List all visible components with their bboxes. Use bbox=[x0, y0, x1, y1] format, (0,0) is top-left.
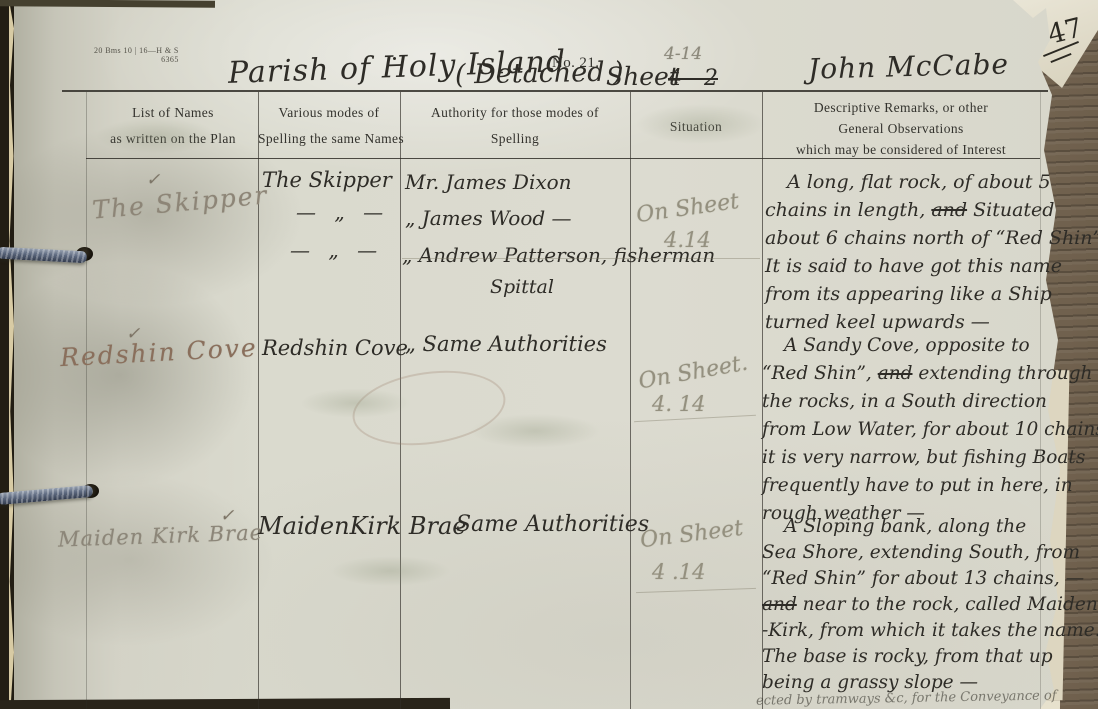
remarks-line: “Red Shin” for about 13 chains, — bbox=[762, 566, 1098, 592]
remarks-line: The base is rocky, from that up bbox=[762, 644, 1098, 670]
row3-remarks: A Sloping bank, along the Sea Shore, ext… bbox=[762, 514, 1098, 696]
sheet-number-struck: 4—2 bbox=[668, 66, 718, 91]
remarks-line: -Kirk, from which it takes the name. bbox=[762, 618, 1098, 644]
remarks-line: from its appearing like a Ship bbox=[765, 280, 1098, 308]
form-reference-line2: 6365 bbox=[94, 55, 179, 64]
row1-remarks: A long, flat rock, of about 5 chains in … bbox=[765, 168, 1098, 336]
remarks-line: from Low Water, for about 10 chains bbox=[762, 416, 1098, 444]
remarks-line: frequently have to put in here, in bbox=[762, 472, 1098, 500]
row3-situation-line2: 4 .14 bbox=[652, 560, 705, 584]
row2-spelling-1: Redshin Cove bbox=[262, 336, 408, 360]
remarks-line: it is very narrow, but fishing Boats bbox=[762, 444, 1098, 472]
row1-spelling-1: The Skipper bbox=[262, 168, 392, 192]
table-border-left bbox=[86, 92, 87, 709]
row1-spelling-ditto-2: — „ — bbox=[290, 238, 383, 262]
notebook-photo: 47 20 Bms 10 | 16—H & S 6365 No. 21. Par… bbox=[0, 0, 1098, 709]
row1-pencil-guideline bbox=[402, 258, 760, 259]
bleedthrough-smudge bbox=[330, 556, 450, 586]
remarks-line: “Red Shin”, and extending through bbox=[762, 360, 1098, 388]
bleedthrough-smudge bbox=[470, 414, 600, 448]
row2-remarks: A Sandy Cove, opposite to “Red Shin”, an… bbox=[762, 332, 1098, 528]
remarks-line: A Sandy Cove, opposite to bbox=[762, 332, 1098, 360]
col-header-remarks-line2: General Observations bbox=[762, 118, 1040, 139]
remarks-line: A Sloping bank, along the bbox=[762, 514, 1098, 540]
remarks-line: chains in length, and Situated bbox=[765, 196, 1098, 224]
header-rule bbox=[62, 90, 1048, 92]
col-header-spelling-line2: Spelling the same Names bbox=[258, 126, 400, 152]
bleedthrough-smudge bbox=[96, 118, 216, 154]
remarks-line: Sea Shore, extending South, from bbox=[762, 540, 1098, 566]
row3-authority-1: Same Authorities bbox=[456, 512, 649, 537]
sheet-number-pencil: 4-14 bbox=[664, 44, 702, 64]
remarks-line: A long, flat rock, of about 5 bbox=[765, 168, 1098, 196]
col-header-authority-line2: Spelling bbox=[400, 126, 630, 152]
form-reference-line1: 20 Bms 10 | 16—H & S bbox=[94, 46, 179, 55]
row1-check-mark: ✓ bbox=[146, 170, 160, 190]
col-header-spelling: Various modes of Spelling the same Names bbox=[258, 100, 400, 152]
row1-authority-2: „ James Wood — bbox=[405, 206, 572, 230]
row3-spelling-1: MaidenKirk Brae bbox=[258, 512, 466, 540]
row2-authority-1: „ Same Authorities bbox=[405, 332, 607, 356]
remarks-line: the rocks, in a South direction bbox=[762, 388, 1098, 416]
bleedthrough-smudge bbox=[636, 104, 766, 144]
row1-situation-line2: 4.14 bbox=[664, 228, 711, 252]
remarks-line: It is said to have got this name bbox=[765, 252, 1098, 280]
remarks-line: and near to the rock, called Maiden bbox=[762, 592, 1098, 618]
ink-speck bbox=[393, 57, 396, 60]
col-header-authority-line1: Authority for those modes of bbox=[400, 100, 630, 126]
surveyor-signature: John McCabe bbox=[808, 47, 1010, 85]
form-reference: 20 Bms 10 | 16—H & S 6365 bbox=[94, 46, 179, 64]
row1-spelling-ditto-1: — „ — bbox=[296, 200, 389, 224]
column-line-3 bbox=[630, 92, 631, 709]
col-header-authority: Authority for those modes of Spelling bbox=[400, 100, 630, 152]
col-header-remarks: Descriptive Remarks, or other General Ob… bbox=[762, 97, 1040, 160]
detached-script: ( Detached ) bbox=[455, 57, 624, 91]
bleedthrough-smudge bbox=[300, 388, 410, 418]
col-header-remarks-line3: which may be considered of Interest bbox=[762, 139, 1040, 160]
col-header-remarks-line1: Descriptive Remarks, or other bbox=[762, 97, 1040, 118]
row1-authority-1: Mr. James Dixon bbox=[405, 170, 572, 194]
row1-authority-4: Spittal bbox=[490, 276, 554, 298]
bottom-left-page-edges bbox=[0, 698, 450, 709]
row2-situation-line2: 4. 14 bbox=[652, 392, 705, 416]
remarks-line: about 6 chains north of “Red Shin” bbox=[765, 224, 1098, 252]
col-header-spelling-line1: Various modes of bbox=[258, 100, 400, 126]
